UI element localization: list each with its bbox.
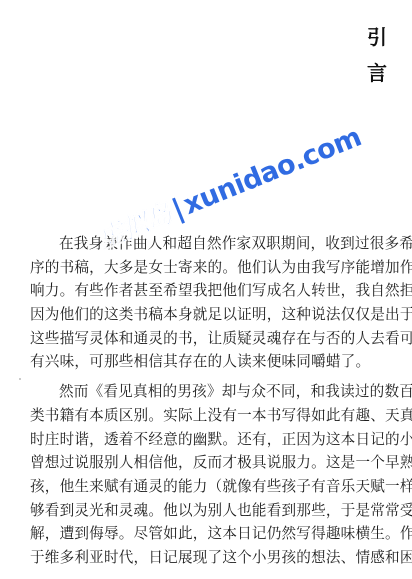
text-line: 这些描写灵体和通灵的书，让质疑灵魂存在与否的人去看可能还饶: [30, 327, 392, 351]
watermark-separator: |: [168, 193, 188, 225]
chapter-title: 引 言: [366, 26, 388, 84]
text-line: 时庄时谐，透着不经意的幽默。还有，正因为这本日记的小作者未: [30, 428, 392, 452]
text-line: 因为他们的这类书稿本身就足以证明，这种说法仅仅是出于虚荣。: [30, 303, 392, 327]
text-line: 够看到灵光和灵魂。他以为别人也能看到那些，于是常常受人误: [30, 499, 392, 523]
text-line: 解，遭到侮辱。尽管如此，这本日记仍然写得趣味横生。作者成长: [30, 522, 392, 546]
chapter-title-char-2: 言: [367, 62, 387, 84]
text-line: 类书籍有本质区别。实际上没有一本书写得如此有趣、天真直率、: [30, 404, 392, 428]
paragraph-1: 在我身兼作曲人和超自然作家双职期间，收到过很多希望我作 序的书稿，大多是女士寄来…: [30, 232, 392, 374]
text-line: 响力。有些作者甚至希望我把他们写成名人转世，我自然拒绝了。: [30, 279, 392, 303]
text-line: 在我身兼作曲人和超自然作家双职期间，收到过很多希望我作: [30, 232, 392, 256]
chapter-title-char-1: 引: [367, 26, 387, 48]
text-line: 然而《看见真相的男孩》却与众不同，和我读过的数百本灵异: [30, 380, 392, 404]
text-line: 于维多利亚时代，日记展现了这个小男孩的想法、情感和困惑——: [30, 546, 392, 570]
text-line: 孩，他生来赋有通灵的能力（就像有些孩子有音乐天赋一样），能: [30, 475, 392, 499]
scan-speck: [19, 378, 21, 380]
body-text: 在我身兼作曲人和超自然作家双职期间，收到过很多希望我作 序的书稿，大多是女士寄来…: [30, 232, 392, 570]
text-line: 有兴味，可那些相信其存在的人读来便味同嚼蜡了。: [30, 350, 392, 374]
text-line: 序的书稿，大多是女士寄来的。他们认为由我写序能增加作品的影: [30, 256, 392, 280]
watermark-url: xunidao.com: [179, 122, 366, 221]
text-line: 曾想过说服别人相信他，反而才极具说服力。这是一个早熟的小男: [30, 451, 392, 475]
paragraph-2: 然而《看见真相的男孩》却与众不同，和我读过的数百本灵异 类书籍有本质区别。实际上…: [30, 380, 392, 570]
